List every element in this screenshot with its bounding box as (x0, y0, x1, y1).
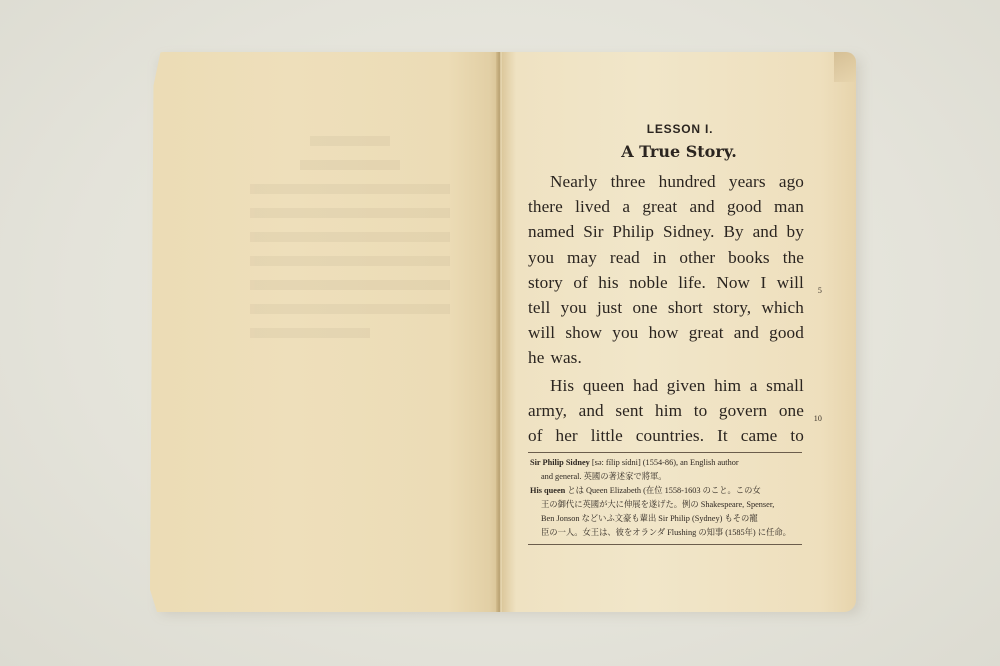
word: there (528, 194, 563, 219)
text-line: therelivedagreatandgoodman (528, 194, 804, 219)
word: show (565, 320, 602, 345)
word: was. (550, 345, 581, 370)
word: one (632, 295, 657, 320)
page-corner-wear (834, 52, 856, 82)
note-text: 王の御代に英國が大に伸展を遂げた。例の Shakespeare, Spenser… (541, 500, 774, 509)
word: three (611, 169, 646, 194)
note-text: Ben Jonson などいふ文豪も輩出 Sir Philip (Sydney)… (541, 514, 758, 523)
note-text: and general. 英國の著述家で將軍。 (541, 472, 667, 481)
word: and (753, 219, 778, 244)
word: to (790, 423, 804, 448)
word: short (668, 295, 703, 320)
word: ago (779, 169, 804, 194)
word: man (774, 194, 804, 219)
word: life. (678, 270, 706, 295)
footnotes: Sir Philip Sidney [sə: fílip sídni] (155… (528, 452, 802, 545)
word: named (528, 219, 574, 244)
note-text: 臣の一人。女王は、彼をオランダ Flushing の知事 (1585年) に任命… (541, 528, 791, 537)
text-line: Nearlythreehundredyearsago (528, 169, 804, 194)
text-line: willshowyouhowgreatandgood (528, 320, 804, 345)
word: It (717, 423, 728, 448)
word: I (761, 270, 767, 295)
word: hundred (659, 169, 716, 194)
lesson-label: LESSON I. (556, 122, 804, 136)
note-text: とは Queen Elizabeth (在位 1558-1603 のこと。この女 (565, 486, 760, 495)
word: army, (528, 398, 567, 423)
text-line: ofherlittlecountries.Itcameto (528, 423, 804, 448)
word: one (779, 398, 804, 423)
word: of (528, 423, 543, 448)
word: in (653, 245, 667, 270)
word: books (728, 245, 770, 270)
footnote-line: 王の御代に英國が大に伸展を遂げた。例の Shakespeare, Spenser… (530, 498, 800, 512)
word: you (561, 295, 587, 320)
lesson-content: LESSON I. A True Story. Nearlythreehundr… (528, 120, 804, 448)
word: sent (615, 398, 643, 423)
paragraph-1: Nearlythreehundredyearsago therelivedagr… (528, 169, 804, 371)
word: tell (528, 295, 550, 320)
text-line: storyofhisnoblelife.NowIwill5 (528, 270, 804, 295)
word: to (694, 398, 708, 423)
text-line: youmayreadinotherbooksthe (528, 245, 804, 270)
word: came (741, 423, 778, 448)
word: his (598, 270, 618, 295)
word: Sir (583, 219, 603, 244)
word: countries. (636, 423, 704, 448)
line-number: 5 (818, 278, 822, 303)
word: a (622, 194, 630, 219)
word: Philip (612, 219, 654, 244)
word: the (783, 245, 804, 270)
word: how (649, 320, 679, 345)
word: queen (583, 373, 625, 398)
word: Now (716, 270, 750, 295)
word: good (769, 320, 804, 345)
word: noble (629, 270, 668, 295)
text-line: army,andsenthimtogovernone10 (528, 398, 804, 423)
note-term: Sir Philip Sidney (530, 458, 590, 467)
word: great (642, 194, 677, 219)
paragraph-2: Hisqueenhadgivenhimasmall army,andsenthi… (528, 373, 804, 449)
word: other (679, 245, 715, 270)
word: may (567, 245, 597, 270)
word: given (667, 373, 706, 398)
word: will (528, 320, 555, 345)
footnote-line: 臣の一人。女王は、彼をオランダ Flushing の知事 (1585年) に任命… (530, 526, 800, 540)
word: Nearly (550, 169, 597, 194)
word: and (734, 320, 759, 345)
text-line: Hisqueenhadgivenhimasmall (528, 373, 804, 398)
word: read (610, 245, 640, 270)
note-text: [sə: fílip sídni] (1554-86), an English … (590, 458, 739, 467)
word: lived (575, 194, 610, 219)
note-term: His queen (530, 486, 565, 495)
word: good (727, 194, 762, 219)
word: him (655, 398, 682, 423)
text-line: namedSirPhilipSidney.Byandby (528, 219, 804, 244)
footnote-line: Sir Philip Sidney [sə: fílip sídni] (155… (530, 456, 800, 470)
footnote-line: and general. 英國の著述家で將軍。 (530, 470, 800, 484)
word: her (556, 423, 578, 448)
word: a (750, 373, 758, 398)
word: him (714, 373, 741, 398)
word: govern (719, 398, 767, 423)
word: little (591, 423, 623, 448)
word: by (787, 219, 804, 244)
word: just (597, 295, 622, 320)
left-page (150, 52, 500, 612)
footnote-line: Ben Jonson などいふ文豪も輩出 Sir Philip (Sydney)… (530, 512, 800, 526)
word: of (573, 270, 588, 295)
text-line: hewas. (528, 345, 804, 370)
word: you (528, 245, 554, 270)
word: story, (713, 295, 751, 320)
word: you (612, 320, 638, 345)
word: will (777, 270, 804, 295)
word: story (528, 270, 563, 295)
open-book: LESSON I. A True Story. Nearlythreehundr… (150, 52, 856, 612)
word: His (550, 373, 574, 398)
line-number: 10 (814, 406, 822, 431)
footnote-line: His queen とは Queen Elizabeth (在位 1558-16… (530, 484, 800, 498)
word: which (761, 295, 804, 320)
word: By (723, 219, 743, 244)
word: had (633, 373, 658, 398)
text-line: tellyoujustoneshortstory,which (528, 295, 804, 320)
word: and (579, 398, 604, 423)
word: Sidney. (663, 219, 715, 244)
lesson-title: A True Story. (554, 142, 804, 161)
word: years (729, 169, 766, 194)
word: small (766, 373, 804, 398)
show-through-text (250, 122, 450, 422)
word: great (689, 320, 724, 345)
word: and (690, 194, 715, 219)
word: he (528, 345, 544, 370)
